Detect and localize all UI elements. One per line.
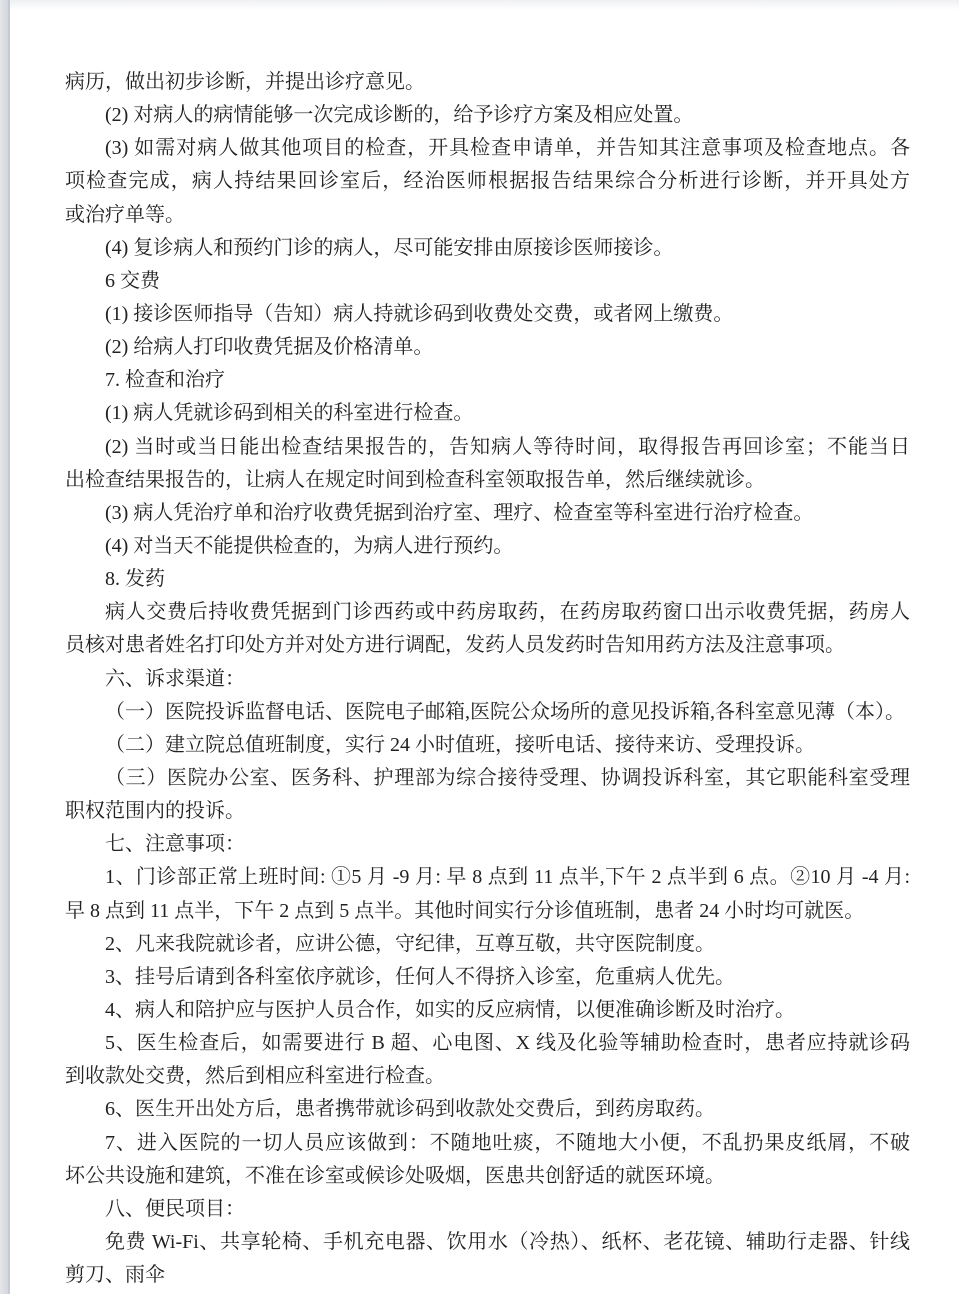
text-line: 病人交费后持收费凭据到门诊西药或中药房取药，在药房取药窗口出示收费凭据，药房人 — [65, 596, 910, 629]
page-top-edge-shade — [10, 0, 959, 10]
text-line: (4) 对当天不能提供检查的，为病人进行预约。 — [65, 530, 910, 563]
document-text-body: 病历，做出初步诊断，并提出诊疗意见。(2) 对病人的病情能够一次完成诊断的，给予… — [65, 66, 910, 1292]
text-line: (1) 病人凭就诊码到相关的科室进行检查。 — [65, 397, 910, 430]
document-viewport: 病历，做出初步诊断，并提出诊疗意见。(2) 对病人的病情能够一次完成诊断的，给予… — [0, 0, 959, 1294]
text-line: 6 交费 — [65, 265, 910, 298]
text-line: 到收款处交费，然后到相应科室进行检查。 — [65, 1060, 910, 1093]
text-line: （二）建立院总值班制度，实行 24 小时值班，接听电话、接待来访、受理投诉。 — [65, 729, 910, 762]
text-line: 或治疗单等。 — [65, 199, 910, 232]
text-line: 职权范围内的投诉。 — [65, 795, 910, 828]
text-line: (2) 当时或当日能出检查结果报告的，告知病人等待时间，取得报告再回诊室；不能当… — [65, 431, 910, 464]
text-line: 早 8 点到 11 点半，下午 2 点到 5 点半。其他时间实行分诊值班制，患者… — [65, 895, 910, 928]
text-line: (4) 复诊病人和预约门诊的病人，尽可能安排由原接诊医师接诊。 — [65, 232, 910, 265]
text-line: 1、门诊部正常上班时间: ①5 月 -9 月: 早 8 点到 11 点半,下午 … — [65, 861, 910, 894]
text-line: （三）医院办公室、医务科、护理部为综合接待受理、协调投诉科室，其它职能科室受理 — [65, 762, 910, 795]
text-line: 2、凡来我院就诊者，应讲公德，守纪律，互尊互敬，共守医院制度。 — [65, 928, 910, 961]
text-line: 4、病人和陪护应与医护人员合作，如实的反应病情，以便准确诊断及时治疗。 — [65, 994, 910, 1027]
text-line: 项检查完成，病人持结果回诊室后，经治医师根据报告结果综合分析进行诊断，并开具处方 — [65, 165, 910, 198]
text-line: 免费 Wi-Fi、共享轮椅、手机充电器、饮用水（冷热）、纸杯、老花镜、辅助行走器… — [65, 1226, 910, 1259]
text-line: 7、进入医院的一切人员应该做到：不随地吐痰，不随地大小便，不乱扔果皮纸屑，不破 — [65, 1127, 910, 1160]
text-line: (2) 给病人打印收费凭据及价格清单。 — [65, 331, 910, 364]
text-line: （一）医院投诉监督电话、医院电子邮箱,医院公众场所的意见投诉箱,各科室意见薄（本… — [65, 696, 910, 729]
text-line: 员核对患者姓名打印处方并对处方进行调配，发药人员发药时告知用药方法及注意事项。 — [65, 629, 910, 662]
text-line: (3) 病人凭治疗单和治疗收费凭据到治疗室、理疗、检查室等科室进行治疗检查。 — [65, 497, 910, 530]
text-line: 病历，做出初步诊断，并提出诊疗意见。 — [65, 66, 910, 99]
text-line: 七、注意事项： — [65, 828, 910, 861]
text-line: 六、诉求渠道： — [65, 663, 910, 696]
page-left-edge-strip — [0, 0, 10, 1294]
text-line: (2) 对病人的病情能够一次完成诊断的，给予诊疗方案及相应处置。 — [65, 99, 910, 132]
text-line: (3) 如需对病人做其他项目的检查，开具检查申请单，并告知其注意事项及检查地点。… — [65, 132, 910, 165]
text-line: 7. 检查和治疗 — [65, 364, 910, 397]
text-line: 剪刀、雨伞 — [65, 1259, 910, 1292]
text-line: 5、医生检查后，如需要进行 B 超、心电图、X 线及化验等辅助检查时，患者应持就… — [65, 1027, 910, 1060]
text-line: 出检查结果报告的，让病人在规定时间到检查科室领取报告单，然后继续就诊。 — [65, 464, 910, 497]
text-line: (1) 接诊医师指导（告知）病人持就诊码到收费处交费，或者网上缴费。 — [65, 298, 910, 331]
text-line: 3、挂号后请到各科室依序就诊，任何人不得挤入诊室，危重病人优先。 — [65, 961, 910, 994]
text-line: 坏公共设施和建筑，不准在诊室或候诊处吸烟，医患共创舒适的就医环境。 — [65, 1160, 910, 1193]
text-line: 八、便民项目： — [65, 1193, 910, 1226]
text-line: 8. 发药 — [65, 563, 910, 596]
text-line: 6、医生开出处方后，患者携带就诊码到收款处交费后，到药房取药。 — [65, 1093, 910, 1126]
